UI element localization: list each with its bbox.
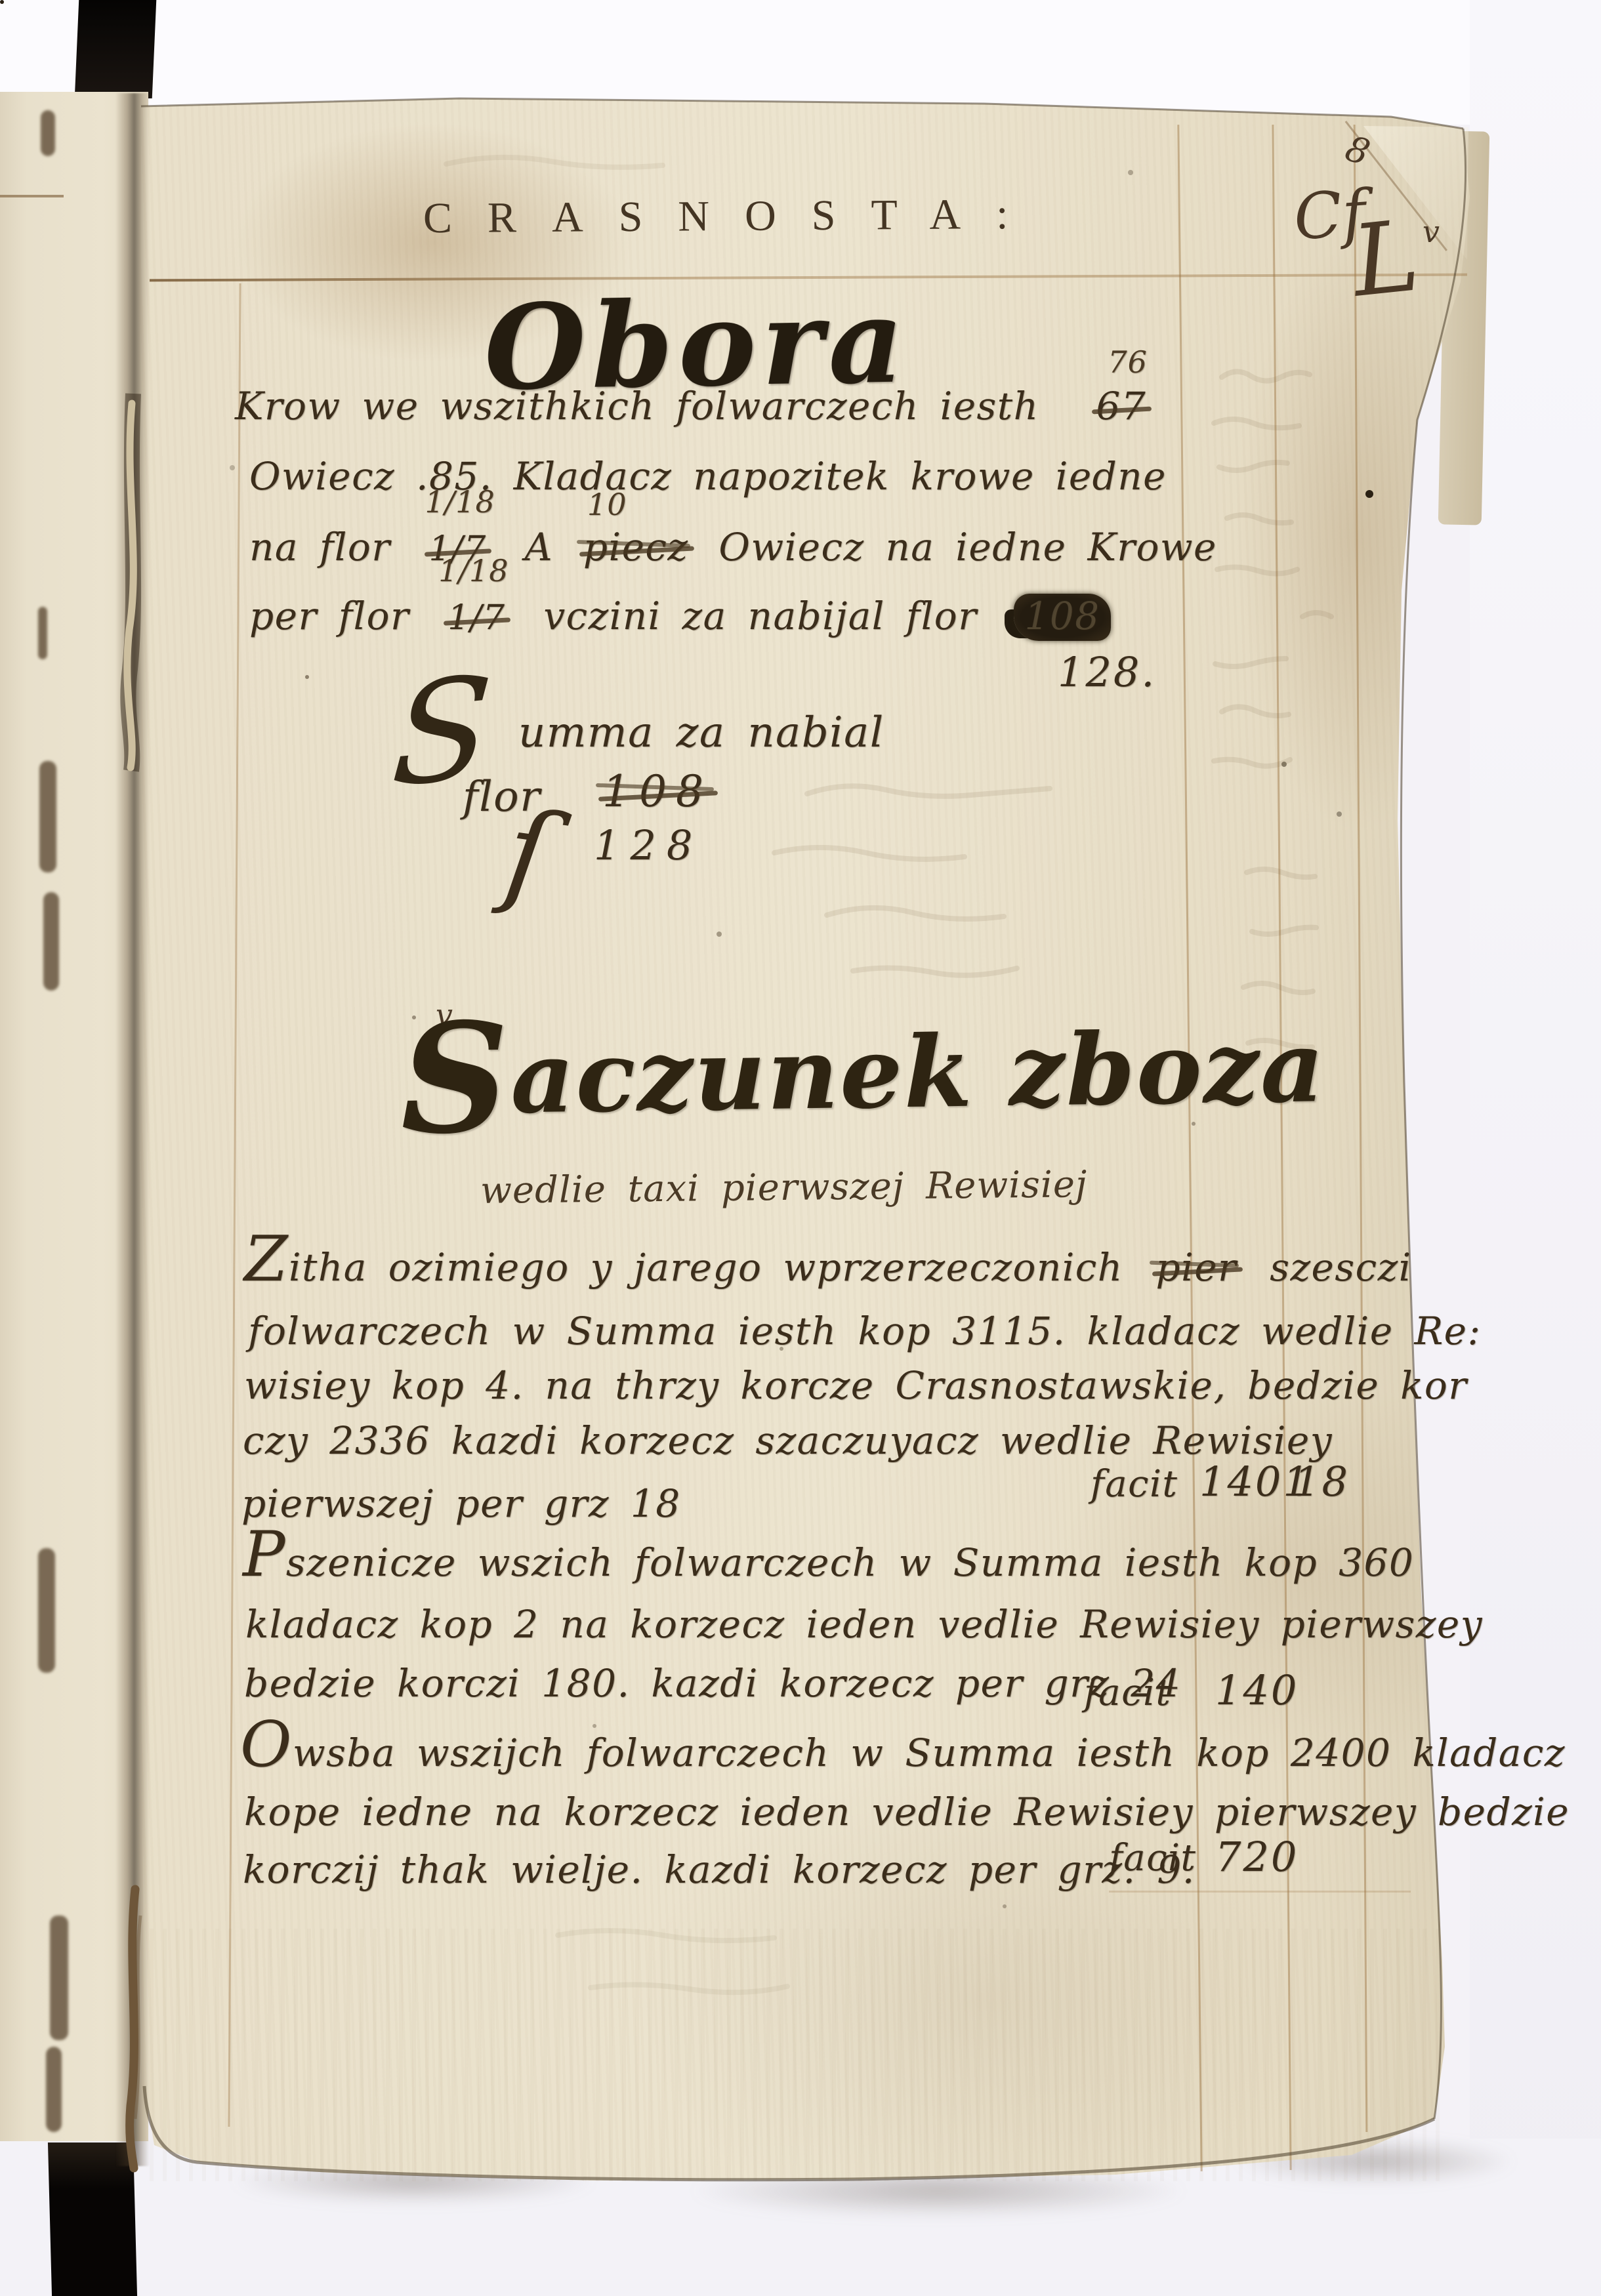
zito-line-3: wisiey kop 4. na thrzy korcze Crasnostaw…: [244, 1363, 1467, 1408]
page-top-edge: [141, 98, 1463, 129]
facit-groschen: 18: [1294, 1458, 1350, 1506]
struck-value: 67: [1096, 384, 1146, 428]
correction-fraction: 1/18: [438, 553, 509, 588]
obora-line-3-pre: na flor: [249, 525, 391, 569]
page-bottom-edge: [144, 2086, 1434, 2180]
summa-title: umma za nabial: [518, 708, 884, 757]
pszenica-line-1: Pszenicze wszich folwarczech w Summa ies…: [243, 1540, 1414, 1585]
word-correction-group: 10 piecz: [583, 525, 689, 569]
facit-florins: 140: [1215, 1666, 1299, 1714]
struck-value: 108: [602, 766, 713, 817]
obora-line-3-post: Owiecz na iedne Krowe: [718, 525, 1216, 569]
facit-label: facit: [1084, 1671, 1171, 1714]
facit-florins: 720: [1215, 1833, 1299, 1881]
zito-line-1-post: szesczi: [1270, 1245, 1412, 1290]
obora-line-4-pre: per flor: [249, 594, 409, 638]
obora-line-2: Owiecz .85. Kladacz napozitek krowe iedn…: [249, 454, 1167, 499]
correction-value: 10: [587, 487, 627, 522]
paraph-mark-large: L: [1347, 199, 1424, 319]
zito-line-1-pre: Zitha ozimiego y jarego wprzerzeczonich: [244, 1245, 1123, 1290]
zito-line-4: czy 2336 kazdi korzecz szaczuyacz wedlie…: [243, 1418, 1333, 1463]
title-initial: S: [399, 990, 512, 1168]
section-title-saczunek: Saczunek zboza: [400, 1009, 1326, 1138]
correction-fraction: 1/18: [425, 484, 495, 520]
obora-line-3-mid: A: [525, 525, 553, 569]
summa-corrected-value: 128: [594, 821, 703, 869]
paraph-mark-small: v: [1423, 214, 1440, 249]
running-head: CRASNOSTA:: [423, 190, 1044, 244]
correction-value: 76: [1108, 344, 1148, 380]
obora-line-1: Krow we wszithkich folwarczech iesth 76 …: [235, 384, 1146, 428]
obora-line-1-text: Krow we wszithkich folwarczech iesth: [235, 384, 1039, 428]
pszenica-line-2: kladacz kop 2 na korzecz ieden vedlie Re…: [245, 1602, 1483, 1647]
pszenica-line-3: bedzie korczi 180. kazdi korzecz per grz…: [244, 1661, 1181, 1706]
sewing-thread: [127, 394, 140, 2168]
summa-struck-group: 108: [602, 766, 713, 817]
owies-line-1: Owsba wszijch folwarczech w Summa iesth …: [240, 1731, 1566, 1775]
obora-line-3: na flor 1/18 1/7 A 10 piecz Owiecz na ie…: [249, 525, 1217, 569]
blotted-struck-value: 108: [1014, 594, 1110, 641]
obora-corrected-total: 128.: [1058, 648, 1156, 696]
struck-fraction: 1/7: [447, 598, 505, 638]
struck-word: pier: [1156, 1245, 1237, 1290]
zito-line-2: folwarczech w Summa iesth kop 3115. klad…: [248, 1309, 1482, 1353]
title-rest: aczunek zboza: [510, 1009, 1326, 1136]
facit-label: facit: [1091, 1463, 1178, 1506]
zito-line-5: pierwszej per grz 18: [241, 1481, 681, 1526]
obora-line-4-mid: vczini za nabijal flor: [543, 594, 977, 638]
scanned-manuscript: CRASNOSTA: Cf 8 L v Obora Krow we wszith…: [0, 0, 1601, 2296]
owies-line-2: kope iedne na korzecz ieden vedlie Rewis…: [244, 1790, 1570, 1834]
facit-label: facit: [1109, 1837, 1196, 1879]
fraction-correction-group: 1/18 1/7: [447, 594, 505, 638]
obora-line-1-correction-group: 76 67: [1096, 384, 1146, 428]
section-subtitle: wedlie taxi pierwszej Rewisiej: [480, 1163, 1088, 1212]
struck-word: piecz: [583, 525, 689, 569]
zito-line-1: Zitha ozimiego y jarego wprzerzeczonich …: [244, 1245, 1412, 1290]
owies-line-3: korczij thak wielje. kazdi korzecz per g…: [243, 1847, 1196, 1892]
obora-line-4: per flor 1/18 1/7 vczini za nabijal flor…: [249, 594, 1111, 641]
